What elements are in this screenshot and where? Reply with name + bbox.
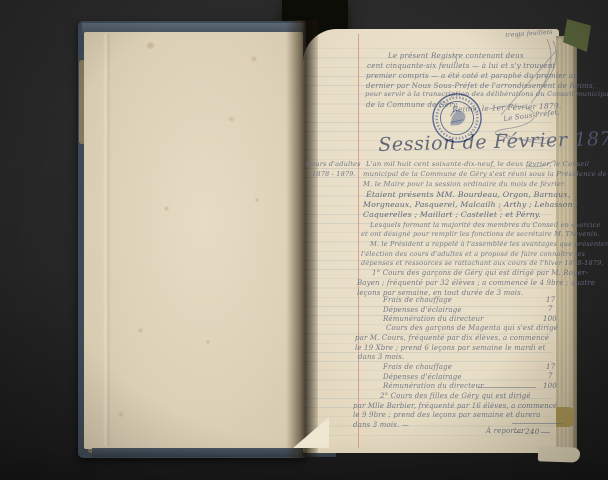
red-margin-rule xyxy=(358,34,359,448)
minutes-line: 1° Cours des garçons de Géry qui est dir… xyxy=(372,269,588,277)
attendees-line: Étaient présents MM. Bourdeau, Orgon, Ba… xyxy=(366,190,570,199)
register-scan: trente feuillets Le présent Registre con… xyxy=(0,0,608,480)
total-rule xyxy=(512,423,563,424)
expense-amount: 17 xyxy=(546,296,555,304)
expense-amount: 7 xyxy=(548,372,553,380)
bottom-right-page-corner xyxy=(538,446,580,462)
expense-amount: 17 xyxy=(546,363,555,371)
minutes-line: Lesquels formant la majorité des membres… xyxy=(370,221,601,229)
certification-line: cent cinquante-six feuillets — à lui et … xyxy=(367,61,556,70)
expense-amount: 100 xyxy=(543,315,557,323)
minutes-line: L'an mil huit cent soixante-dix-neuf, le… xyxy=(366,160,589,168)
minutes-line: par M. Cours, fréquenté par dix élèves, … xyxy=(355,334,549,342)
margin-note: Cours d'adultes xyxy=(306,160,361,168)
certification-line: Le présent Registre contenant deux xyxy=(388,51,524,60)
minutes-line: M. le Maire pour la session ordinaire du… xyxy=(363,180,566,188)
certification-line: dernier par Nous Sous-Préfet de l'arrond… xyxy=(366,81,595,90)
paper-stain xyxy=(118,412,124,417)
attendees-line: Morgneaux, Pasquerel, Malcailh ; Arthy ;… xyxy=(363,200,578,209)
paper-stain xyxy=(255,198,259,202)
dash-leader xyxy=(478,387,536,388)
expense-label: Dépenses d'éclairage xyxy=(383,306,462,314)
paper-stain xyxy=(164,206,169,211)
paper-stain xyxy=(138,328,143,333)
paper-stain xyxy=(146,42,155,49)
minutes-line: par Mlle Barbier, fréquenté par 16 élève… xyxy=(353,402,557,410)
minutes-line: et ont désigné pour remplir les fonction… xyxy=(361,230,600,238)
carry-forward-label: À reporter xyxy=(486,427,525,435)
minutes-line: le 9 9bre ; prend des leçons par semaine… xyxy=(353,411,541,419)
certification-line: premier compris — a été coté et paraphé … xyxy=(366,71,578,80)
expense-label: Rémunération du directeur xyxy=(383,315,484,323)
minutes-line: dépenses et ressources se rattachant aux… xyxy=(361,259,604,267)
margin-note: 1878 - 1879. xyxy=(312,170,356,178)
minutes-line: M. le Président a rappelé à l'assemblée … xyxy=(370,240,608,248)
edge-tab xyxy=(556,407,574,427)
blue-archive-stamp xyxy=(425,86,489,150)
left-blank-page xyxy=(84,32,303,449)
minutes-line: 2° Cours des filles de Géry qui est diri… xyxy=(380,392,531,400)
expense-amount: 7 xyxy=(548,305,553,313)
paper-stain xyxy=(251,56,257,62)
paper-stain xyxy=(228,116,235,122)
expense-label: Frais de chauffage xyxy=(383,296,452,304)
attendees-line: Caquerelles ; Maillart ; Castellet ; et … xyxy=(363,210,541,219)
dash-leader xyxy=(541,432,550,433)
expense-label: Rémunération du directeur xyxy=(383,382,484,390)
minutes-line: municipal de la Commune de Géry s'est ré… xyxy=(363,170,607,178)
paper-stain xyxy=(206,340,210,344)
expense-label: Frais de chauffage xyxy=(383,363,452,371)
minutes-line: Bayen ; fréquenté par 32 élèves ; a comm… xyxy=(357,279,595,287)
minutes-line: Cours des garçons de Magenta qui s'est d… xyxy=(386,324,558,332)
minutes-line: dans 3 mois. xyxy=(358,353,404,361)
dash-leader xyxy=(514,432,523,433)
expense-label: Dépenses d'éclairage xyxy=(383,373,462,381)
minutes-line: le 19 Xbre ; prend 6 leçons par semaine … xyxy=(355,344,545,352)
left-page-crease xyxy=(103,34,111,446)
minutes-line: l'élection des cours d'adultes et a prop… xyxy=(361,250,585,258)
carry-forward-amount: 240 xyxy=(525,427,540,436)
gutter-shadow xyxy=(286,20,318,458)
expense-amount: 100 xyxy=(543,382,557,390)
certification-line: pour servir à la transcription des délib… xyxy=(365,90,608,98)
minutes-line: dans 3 mois. — xyxy=(353,421,409,429)
